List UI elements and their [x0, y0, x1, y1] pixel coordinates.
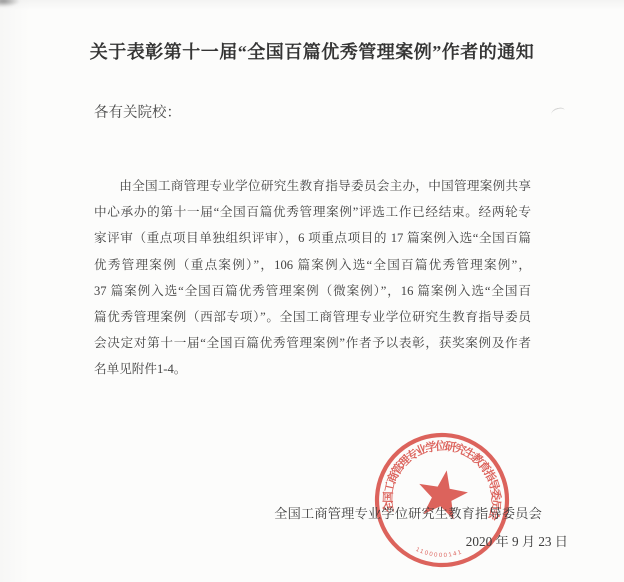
paragraph-line: 优秀管理案例（重点案例）”，106 篇案例入选“全国百篇优秀管理案例”，	[94, 252, 531, 278]
paragraph-line: 会决定对第十一届“全国百篇优秀管理案例”作者予以表彰，获奖案例及作者	[94, 330, 531, 356]
scan-mark	[550, 107, 566, 119]
date-line: 2020 年 9 月 23 日	[466, 531, 568, 550]
paragraph-line: 篇优秀管理案例（西部专项）”。全国工商管理专业学位研究生教育指导委员	[94, 304, 531, 330]
scanned-notice-page: 关于表彰第十一届“全国百篇优秀管理案例”作者的通知 各有关院校： 由全国工商管理…	[0, 0, 624, 582]
paragraph-line: 37 篇案例入选“全国百篇优秀管理案例（微案例）”，16 篇案例入选“全国百	[94, 278, 531, 304]
seal-code: 1100000141	[414, 547, 464, 560]
paragraph-line: 名单见附件1-4。	[94, 356, 531, 382]
official-seal: 全国工商管理专业学位研究生教育指导委员会 1100000141	[362, 420, 522, 580]
paragraph-line: 中心承办的第十一届“全国百篇优秀管理案例”评选工作已经结束。经两轮专	[94, 199, 531, 225]
signature-line: 全国工商管理专业学位研究生教育指导委员会	[274, 503, 542, 522]
svg-text:1100000141: 1100000141	[414, 547, 464, 560]
body-paragraph: 由全国工商管理专业学位研究生教育指导委员会主办，中国管理案例共享中心承办的第十一…	[94, 173, 531, 383]
scan-smudge	[0, 0, 20, 7]
paragraph-line: 家评审（重点项目单独组织评审），6 项重点项目的 17 篇案例入选“全国百篇	[94, 225, 531, 251]
paragraph-line: 由全国工商管理专业学位研究生教育指导委员会主办，中国管理案例共享	[94, 173, 531, 199]
page-title: 关于表彰第十一届“全国百篇优秀管理案例”作者的通知	[0, 38, 624, 64]
salutation: 各有关院校：	[94, 101, 181, 122]
